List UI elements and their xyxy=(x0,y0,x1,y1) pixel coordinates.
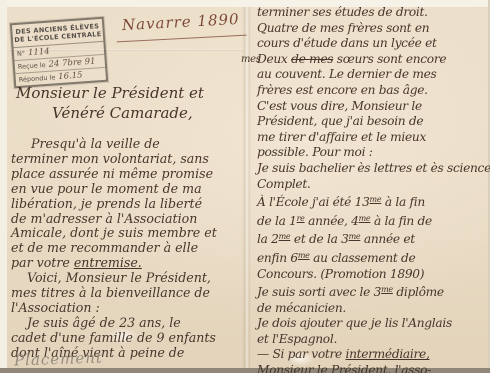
handwriting-segment: — Si par votre xyxy=(257,347,345,361)
handwriting-segment: la 2 xyxy=(257,232,279,246)
handwriting-line: Presqu'à la veille de xyxy=(11,137,244,152)
left-page-body-text: Presqu'à la veille determiner mon volont… xyxy=(11,137,244,361)
handwriting-segment: et de la 3 xyxy=(290,232,348,246)
handwriting-line: possible. Pour moi : xyxy=(257,145,485,161)
handwriting-line: Je suis sorti avec le 3me diplôme xyxy=(257,282,485,301)
handwriting-segment: À l'École j'ai été 13 xyxy=(257,195,370,209)
handwriting-segment: année et xyxy=(360,232,415,246)
handwriting-segment: au classement de xyxy=(310,251,416,265)
handwriting-line: terminer mon volontariat, sans xyxy=(11,152,244,167)
handwriting-line: Monsieur le Président, l'asso- xyxy=(257,363,485,373)
handwriting-line: de mécanicien. xyxy=(257,301,485,317)
handwriting-segment: possible. Pour moi : xyxy=(257,145,373,159)
handwriting-segment: me xyxy=(381,285,393,294)
handwriting-segment: Président, que j'ai besoin de xyxy=(257,114,423,128)
handwriting-line: l'Association : xyxy=(11,301,244,316)
handwriting-line: me tirer d'affaire et le mieux xyxy=(257,130,485,146)
handwriting-segment: place assurée ni même promise xyxy=(11,166,213,181)
handwriting-segment: enfin 6 xyxy=(257,251,298,265)
handwriting-line: Président, que j'ai besoin de xyxy=(257,114,485,130)
handwriting-segment: au couvent. Le dernier de mes xyxy=(257,67,437,81)
handwriting-line: Amicale, dont je suis membre et xyxy=(11,226,244,241)
handwriting-line: Complet. xyxy=(257,177,485,193)
handwriting-segment: intermédiaire, xyxy=(345,347,429,361)
handwriting-line: Concours. (Promotion 1890) xyxy=(257,267,485,283)
handwriting-line: mesDeux de mes sœurs sont encore xyxy=(257,52,485,68)
handwriting-segment: sœurs sont encore xyxy=(333,52,446,66)
handwriting-line: et l'Espagnol. xyxy=(257,332,485,348)
handwriting-segment: cadet d'une famille de 9 enfants xyxy=(11,330,216,345)
handwriting-line: de m'adresser à l'Association xyxy=(11,212,244,227)
handwriting-line: place assurée ni même promise xyxy=(11,167,244,182)
handwriting-segment: libération, je prends la liberté xyxy=(11,196,202,211)
handwriting-line: frères est encore en bas âge. xyxy=(257,83,485,99)
handwriting-segment: de mécanicien. xyxy=(257,301,346,315)
handwriting-segment: à la fin xyxy=(381,195,425,209)
handwriting-line: À l'École j'ai été 13me à la fin xyxy=(257,192,485,211)
stamp-received-value: 24 7bre 91 xyxy=(48,56,96,69)
handwriting-segment: Je suis sorti avec le 3 xyxy=(257,285,381,299)
handwriting-line: et de me recommander à elle xyxy=(11,241,244,256)
handwriting-line: au couvent. Le dernier de mes xyxy=(257,67,485,83)
stamp-answered-label: Répondu le xyxy=(19,73,56,84)
handwriting-segment: frères est encore en bas âge. xyxy=(257,83,428,97)
pencil-annotation: Placement xyxy=(14,348,103,369)
handwriting-line: de la 1re année, 4me à la fin de xyxy=(257,211,485,230)
handwriting-line: enfin 6me au classement de xyxy=(257,248,485,267)
handwriting-line: Quatre de mes frères sont en xyxy=(257,21,485,37)
handwriting-segment: et de me recommander à elle xyxy=(11,240,198,255)
handwriting-segment: année, 4 xyxy=(305,214,359,228)
handwriting-segment: Concours. (Promotion 1890) xyxy=(257,267,424,281)
salutation-line-2: Vénéré Camarade, xyxy=(52,104,193,122)
handwriting-segment: Amicale, dont je suis membre et xyxy=(11,225,217,240)
handwriting-line: libération, je prends la liberté xyxy=(11,197,244,212)
handwriting-segment: de la 1 xyxy=(257,214,297,228)
handwriting-line: par votre entremise. xyxy=(11,256,244,271)
handwriting-line: C'est vous dire, Monsieur le xyxy=(257,99,485,115)
handwriting-line: Je dois ajouter que je lis l'Anglais xyxy=(257,316,485,332)
handwriting-segment: diplôme xyxy=(393,285,444,299)
handwriting-line: cours d'étude dans un lycée et xyxy=(257,36,485,52)
handwriting-line: terminer ses études de droit. xyxy=(257,5,485,21)
handwriting-segment: à la fin de xyxy=(370,214,432,228)
handwriting-segment: me xyxy=(370,195,382,204)
handwriting-line: en vue pour le moment de ma xyxy=(11,182,244,197)
stamp-answered-value: 16.15 xyxy=(58,70,83,82)
stamp-number-label: N° xyxy=(17,49,26,58)
handwriting-segment: me xyxy=(279,232,291,241)
handwriting-segment: Je suis âgé de 23 ans, le xyxy=(11,315,181,330)
stamp-received-label: Reçue le xyxy=(18,61,46,71)
handwriting-segment: me xyxy=(298,251,310,260)
handwriting-segment: me xyxy=(359,214,371,223)
letter-scan: DES ANCIENS ÉLÈVES DE L'ÉCOLE CENTRALE N… xyxy=(0,0,490,373)
handwriting-segment: Je dois ajouter que je lis l'Anglais xyxy=(257,316,452,330)
handwriting-line: la 2me et de la 3me année et xyxy=(257,229,485,248)
handwriting-line: Je suis bachelier ès lettres et ès scien… xyxy=(257,161,485,177)
handwriting-segment: Presqu'à la veille de xyxy=(11,136,160,151)
handwriting-segment: Quatre de mes frères sont en xyxy=(257,21,429,35)
handwriting-line: Je suis âgé de 23 ans, le xyxy=(11,316,244,331)
handwriting-segment: me xyxy=(349,232,361,241)
handwriting-segment: Je suis bachelier ès lettres et ès scien… xyxy=(257,161,490,175)
handwriting-segment: Voici, Monsieur le Président, xyxy=(11,270,211,285)
handwriting-segment: cours d'étude dans un lycée et xyxy=(257,36,437,50)
handwriting-line: — Si par votre intermédiaire, xyxy=(257,347,485,363)
stamp-number-value: 1114 xyxy=(28,47,50,58)
handwriting-segment: me tirer d'affaire et le mieux xyxy=(257,130,426,144)
handwriting-segment: par votre xyxy=(11,255,74,270)
handwriting-line: Voici, Monsieur le Président, xyxy=(11,271,244,286)
handwriting-segment: terminer mon volontariat, sans xyxy=(11,151,209,166)
handwriting-segment: Monsieur le Président, l'asso- xyxy=(257,363,431,373)
handwriting-segment: Deux xyxy=(257,52,291,66)
margin-insertion-word: mes xyxy=(241,52,261,68)
handwriting-line: mes titres à la bienveillance de xyxy=(11,286,244,301)
handwriting-segment: l'Association : xyxy=(11,300,100,315)
handwriting-segment: mes titres à la bienveillance de xyxy=(11,285,210,300)
handwriting-segment: et l'Espagnol. xyxy=(257,332,337,346)
handwriting-segment: entremise. xyxy=(74,255,142,270)
scan-edge-left xyxy=(0,0,7,368)
handwriting-segment: de m'adresser à l'Association xyxy=(11,211,197,226)
handwriting-segment: de mes xyxy=(291,52,333,66)
handwriting-segment: Complet. xyxy=(257,177,311,191)
right-page-body-text: terminer ses études de droit.Quatre de m… xyxy=(257,5,485,373)
handwriting-segment: re xyxy=(297,214,305,223)
association-receipt-stamp: DES ANCIENS ÉLÈVES DE L'ÉCOLE CENTRALE N… xyxy=(10,17,108,88)
handwriting-segment: en vue pour le moment de ma xyxy=(11,181,202,196)
salutation-line-1: Monsieur le Président et xyxy=(16,84,204,102)
handwriting-segment: terminer ses études de droit. xyxy=(257,5,428,19)
handwriting-segment: C'est vous dire, Monsieur le xyxy=(257,99,422,113)
handwriting-line: cadet d'une famille de 9 enfants xyxy=(11,331,244,346)
